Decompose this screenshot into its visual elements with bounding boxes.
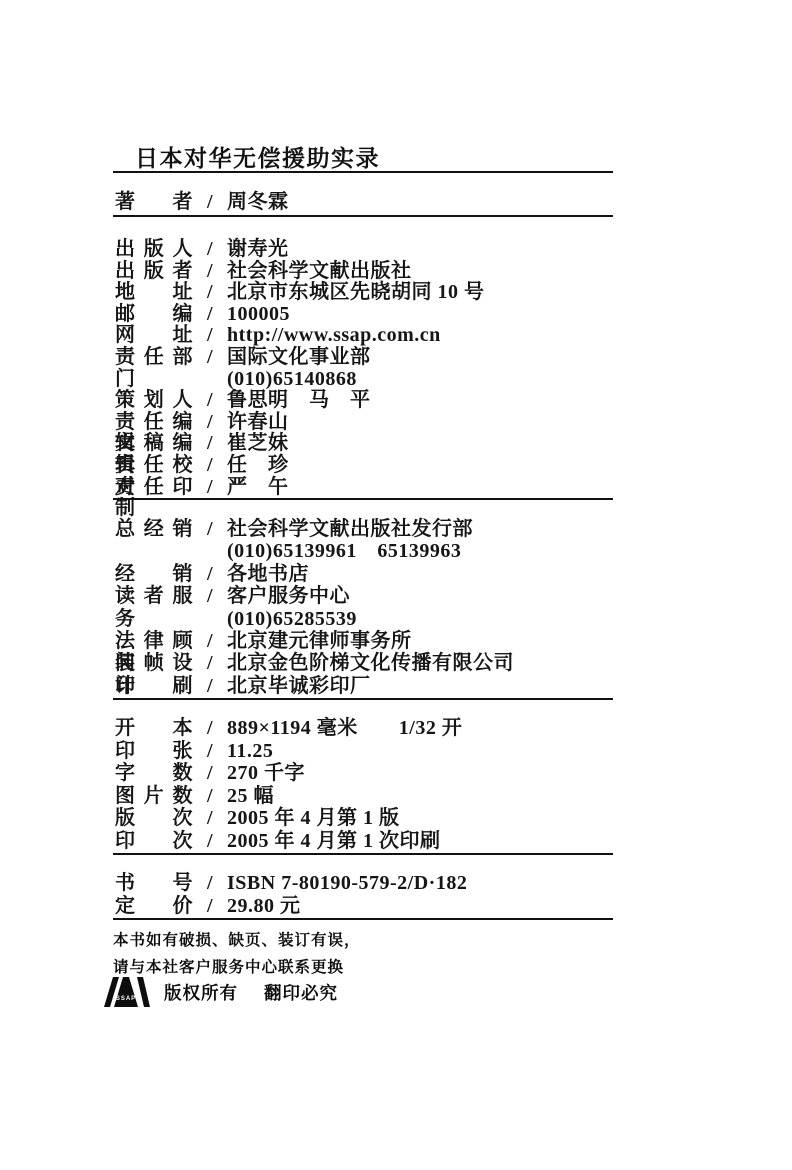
field-value: 25 幅 (227, 785, 655, 808)
author-section: 著 者 / 周冬霖 (113, 191, 655, 214)
colophon-row: 字 数 / 270 千字 (115, 762, 655, 785)
colophon-row: 出 版 者 / 社会科学文献出版社 (115, 261, 655, 283)
field-value: 889×1194 毫米 1/32 开 (227, 717, 655, 740)
colophon-row: 地 址 / 北京市东城区先晓胡同 10 号 (115, 282, 655, 304)
colophon-row: 责 任 部 门 / 国际文化事业部 (115, 347, 655, 369)
field-value: 社会科学文献出版社发行部 (227, 518, 655, 540)
field-value: 2005 年 4 月第 1 次印刷 (227, 830, 655, 853)
field-label: 责 任 部 门 (115, 347, 193, 369)
divider-rule (113, 171, 613, 173)
colophon-row: 开 本 / 889×1194 毫米 1/32 开 (115, 717, 655, 740)
slash-separator: / (193, 652, 227, 674)
field-label: 法 律 顾 问 (115, 630, 193, 652)
field-value: 周冬霖 (227, 191, 655, 214)
divider-rule (113, 698, 613, 700)
field-value: http://www.ssap.com.cn (227, 325, 655, 347)
field-label: 书 号 (115, 872, 193, 895)
copyright-footer: SSAP 版权所有 翻印必究 (104, 976, 338, 1008)
field-value: (010)65285539 (227, 608, 655, 630)
notice-line-1: 本书如有破损、缺页、装订有误， (113, 927, 361, 954)
slash-separator: / (193, 239, 227, 261)
field-label: 责 任 印 制 (115, 477, 193, 499)
distribution-section: 总 经 销 / 社会科学文献出版社发行部 (010)65139961 65139… (113, 518, 655, 697)
slash-separator: / (193, 872, 227, 895)
field-label: 装 帧 设 计 (115, 652, 193, 674)
colophon-row: 著 者 / 周冬霖 (115, 191, 655, 214)
colophon-row: 版 次 / 2005 年 4 月第 1 版 (115, 807, 655, 830)
slash-separator: / (193, 630, 227, 652)
field-value: 100005 (227, 304, 655, 326)
field-value: 谢寿光 (227, 239, 655, 261)
colophon-row: 责 任 编 辑 / 许春山 (115, 412, 655, 434)
slash-separator: / (193, 563, 227, 585)
colophon-row: 文 稿 编 辑 / 崔芝妹 (115, 433, 655, 455)
field-value: (010)65139961 65139963 (227, 540, 655, 562)
colophon-row: 经 销 / 各地书店 (115, 563, 655, 585)
field-value: 鲁思明 马 平 (227, 390, 655, 412)
format-section: 开 本 / 889×1194 毫米 1/32 开 印 张 / 11.25 字 数… (113, 717, 655, 852)
slash-separator: / (193, 412, 227, 434)
colophon-row: 读 者 服 务 / 客户服务中心 (115, 585, 655, 607)
divider-rule (113, 215, 613, 217)
field-value: 国际文化事业部 (227, 347, 655, 369)
field-label: 印 刷 (115, 675, 193, 697)
colophon-row: 装 帧 设 计 / 北京金色阶梯文化传播有限公司 (115, 652, 655, 674)
field-label: 总 经 销 (115, 518, 193, 540)
field-value: 270 千字 (227, 762, 655, 785)
colophon-row-continuation: (010)65285539 (115, 608, 655, 630)
publisher-info-section: 出 版 人 / 谢寿光 出 版 者 / 社会科学文献出版社 地 址 / 北京市东… (113, 239, 655, 498)
slash-separator: / (193, 717, 227, 740)
colophon-row: 责 任 校 对 / 任 珍 (115, 455, 655, 477)
field-value: 许春山 (227, 412, 655, 434)
field-label: 版 次 (115, 807, 193, 830)
slash-separator: / (193, 830, 227, 853)
field-label: 责 任 校 对 (115, 455, 193, 477)
colophon-row-continuation: (010)65140868 (115, 369, 655, 391)
slash-separator: / (193, 282, 227, 304)
field-label: 出 版 者 (115, 261, 193, 283)
logo-text: SSAP (116, 996, 136, 1002)
field-label: 网 址 (115, 325, 193, 347)
field-value: 各地书店 (227, 563, 655, 585)
field-value: 社会科学文献出版社 (227, 261, 655, 283)
rights-statement: 版权所有 (164, 980, 238, 1005)
slash-separator: / (193, 433, 227, 455)
reprint-warning: 翻印必究 (264, 980, 338, 1005)
field-label: 读 者 服 务 (115, 585, 193, 607)
field-value: 客户服务中心 (227, 585, 655, 607)
field-label: 地 址 (115, 282, 193, 304)
book-title: 日本对华无偿援助实录 (135, 140, 380, 173)
field-label: 文 稿 编 辑 (115, 433, 193, 455)
field-value: 北京市东城区先晓胡同 10 号 (227, 282, 655, 304)
field-label: 印 次 (115, 830, 193, 853)
label-spacer (115, 608, 193, 630)
separator-spacer (193, 540, 227, 562)
field-label: 邮 编 (115, 304, 193, 326)
slash-separator: / (193, 477, 227, 499)
field-value: 29.80 元 (227, 895, 655, 918)
isbn-price-section: 书 号 / ISBN 7-80190-579-2/D·182 定 价 / 29.… (113, 872, 655, 917)
slash-separator: / (193, 895, 227, 918)
divider-rule (113, 498, 613, 500)
ssap-publisher-logo-icon: SSAP (104, 977, 150, 1007)
colophon-row: 网 址 / http://www.ssap.com.cn (115, 325, 655, 347)
field-label: 著 者 (115, 191, 193, 214)
colophon-row: 印 次 / 2005 年 4 月第 1 次印刷 (115, 830, 655, 853)
field-value: 北京金色阶梯文化传播有限公司 (227, 652, 655, 674)
field-label: 开 本 (115, 717, 193, 740)
colophon-row: 策 划 人 / 鲁思明 马 平 (115, 390, 655, 412)
divider-rule (113, 918, 613, 920)
field-label: 印 张 (115, 740, 193, 763)
slash-separator: / (193, 785, 227, 808)
slash-separator: / (193, 325, 227, 347)
colophon-row: 邮 编 / 100005 (115, 304, 655, 326)
label-spacer (115, 369, 193, 391)
field-label: 责 任 编 辑 (115, 412, 193, 434)
slash-separator: / (193, 261, 227, 283)
slash-separator: / (193, 347, 227, 369)
separator-spacer (193, 608, 227, 630)
colophon-row: 印 张 / 11.25 (115, 740, 655, 763)
colophon-row: 图 片 数 / 25 幅 (115, 785, 655, 808)
slash-separator: / (193, 390, 227, 412)
colophon-row: 责 任 印 制 / 严 午 (115, 477, 655, 499)
colophon-row: 定 价 / 29.80 元 (115, 895, 655, 918)
field-label: 策 划 人 (115, 390, 193, 412)
slash-separator: / (193, 455, 227, 477)
slash-separator: / (193, 585, 227, 607)
colophon-row: 出 版 人 / 谢寿光 (115, 239, 655, 261)
separator-spacer (193, 369, 227, 391)
field-label: 图 片 数 (115, 785, 193, 808)
slash-separator: / (193, 191, 227, 214)
slash-separator: / (193, 518, 227, 540)
colophon-row: 法 律 顾 问 / 北京建元律师事务所 (115, 630, 655, 652)
colophon-row-continuation: (010)65139961 65139963 (115, 540, 655, 562)
field-label: 经 销 (115, 563, 193, 585)
field-value: 北京毕诚彩印厂 (227, 675, 655, 697)
slash-separator: / (193, 675, 227, 697)
label-spacer (115, 540, 193, 562)
slash-separator: / (193, 304, 227, 326)
field-value: 崔芝妹 (227, 433, 655, 455)
field-label: 出 版 人 (115, 239, 193, 261)
colophon-row: 总 经 销 / 社会科学文献出版社发行部 (115, 518, 655, 540)
damage-replacement-notice: 本书如有破损、缺页、装订有误， 请与本社客户服务中心联系更换 (113, 927, 361, 981)
colophon-row: 书 号 / ISBN 7-80190-579-2/D·182 (115, 872, 655, 895)
slash-separator: / (193, 740, 227, 763)
field-label: 定 价 (115, 895, 193, 918)
field-label: 字 数 (115, 762, 193, 785)
field-value: (010)65140868 (227, 369, 655, 391)
divider-rule (113, 853, 613, 855)
colophon-row: 印 刷 / 北京毕诚彩印厂 (115, 675, 655, 697)
field-value: ISBN 7-80190-579-2/D·182 (227, 872, 655, 895)
field-value: 严 午 (227, 477, 655, 499)
field-value: 任 珍 (227, 455, 655, 477)
field-value: 2005 年 4 月第 1 版 (227, 807, 655, 830)
colophon-page: 日本对华无偿援助实录 著 者 / 周冬霖 出 版 人 / 谢寿光 出 版 者 /… (0, 0, 792, 1170)
slash-separator: / (193, 762, 227, 785)
field-value: 北京建元律师事务所 (227, 630, 655, 652)
slash-separator: / (193, 807, 227, 830)
field-value: 11.25 (227, 740, 655, 763)
